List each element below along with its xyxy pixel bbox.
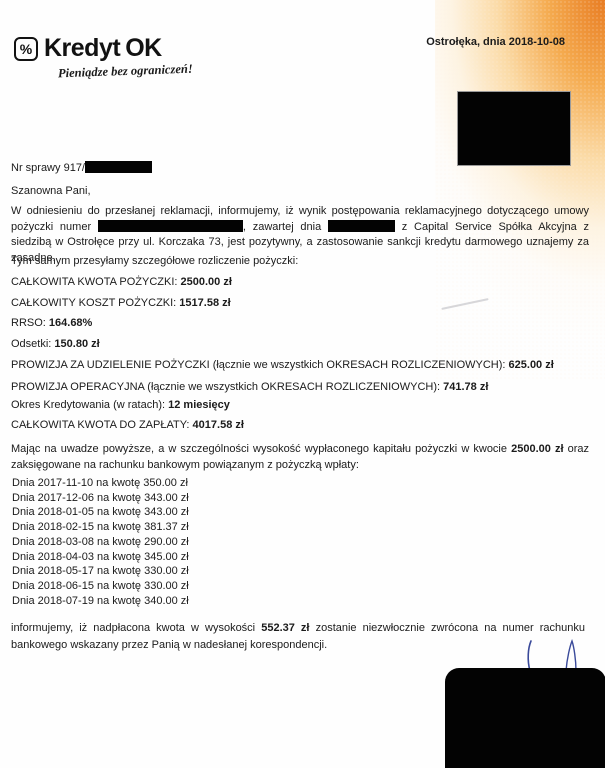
scan-smudge-artifact xyxy=(441,298,488,310)
percent-icon: % xyxy=(14,37,38,61)
redaction-box-loan-date xyxy=(328,220,395,232)
detail-loan-period: Okres Kredytowania (w ratach): 12 miesię… xyxy=(11,399,230,411)
payment-item: Dnia 2018-06-15 na kwotę 330.00 zł xyxy=(12,579,189,594)
payment-item: Dnia 2018-01-05 na kwotę 343.00 zł xyxy=(12,505,189,520)
detail-interest: Odsetki: 150.80 zł xyxy=(11,338,100,350)
redaction-box-recipient xyxy=(458,92,570,165)
paragraph-paid-capital: Mając na uwadze powyższe, a w szczególno… xyxy=(11,441,589,473)
scan-grain-texture xyxy=(435,0,605,380)
settlement-intro-line: Tym samym przesyłamy szczegółowe rozlicz… xyxy=(11,255,298,267)
detail-operational-commission: PROWIZJA OPERACYJNA (łącznie we wszystki… xyxy=(11,381,488,393)
payment-item: Dnia 2018-03-08 na kwotę 290.00 zł xyxy=(12,535,189,550)
detail-total-loan-cost: CAŁKOWITY KOSZT POŻYCZKI: 1517.58 zł xyxy=(11,297,231,309)
detail-total-loan-amount: CAŁKOWITA KWOTA POŻYCZKI: 2500.00 zł xyxy=(11,276,232,288)
kredytok-logo: % KredytOK Pieniądze bez ograniczeń! xyxy=(14,34,193,79)
case-number-line: Nr sprawy 917/ xyxy=(11,161,152,174)
payment-item: Dnia 2018-05-17 na kwotę 330.00 zł xyxy=(12,564,189,579)
salutation: Szanowna Pani, xyxy=(11,185,91,197)
signature-pen-strokes xyxy=(518,638,582,672)
scan-light-leak xyxy=(435,0,605,380)
redaction-box-case-number xyxy=(85,161,152,173)
paragraph-refund: informujemy, iż nadpłacona kwota w wysok… xyxy=(11,620,585,653)
detail-total-to-pay: CAŁKOWITA KWOTA DO ZAPŁATY: 4017.58 zł xyxy=(11,419,244,431)
case-number-label: Nr sprawy xyxy=(11,162,61,174)
payment-item: Dnia 2018-07-19 na kwotę 340.00 zł xyxy=(12,594,189,609)
payment-item: Dnia 2018-02-15 na kwotę 381.37 zł xyxy=(12,520,189,535)
brand-name: KredytOK xyxy=(44,34,162,63)
payment-item: Dnia 2017-12-06 na kwotę 343.00 zł xyxy=(12,491,189,506)
date-line: Ostrołęka, dnia 2018-10-08 xyxy=(426,36,565,48)
redaction-box-signature xyxy=(445,668,605,768)
payment-item: Dnia 2018-04-03 na kwotę 345.00 zł xyxy=(12,550,189,565)
scanned-letter-page: % KredytOK Pieniądze bez ograniczeń! Ost… xyxy=(0,0,605,768)
case-number-prefix: 917/ xyxy=(64,162,85,174)
detail-origination-commission: PROWIZJA ZA UDZIELENIE POŻYCZKI (łącznie… xyxy=(11,359,554,371)
redaction-box-loan-number xyxy=(98,220,243,232)
detail-rrso: RRSO: 164.68% xyxy=(11,317,92,329)
brand-tagline: Pieniądze bez ograniczeń! xyxy=(58,62,193,82)
payment-list: Dnia 2017-11-10 na kwotę 350.00 zł Dnia … xyxy=(12,476,189,608)
payment-item: Dnia 2017-11-10 na kwotę 350.00 zł xyxy=(12,476,189,491)
